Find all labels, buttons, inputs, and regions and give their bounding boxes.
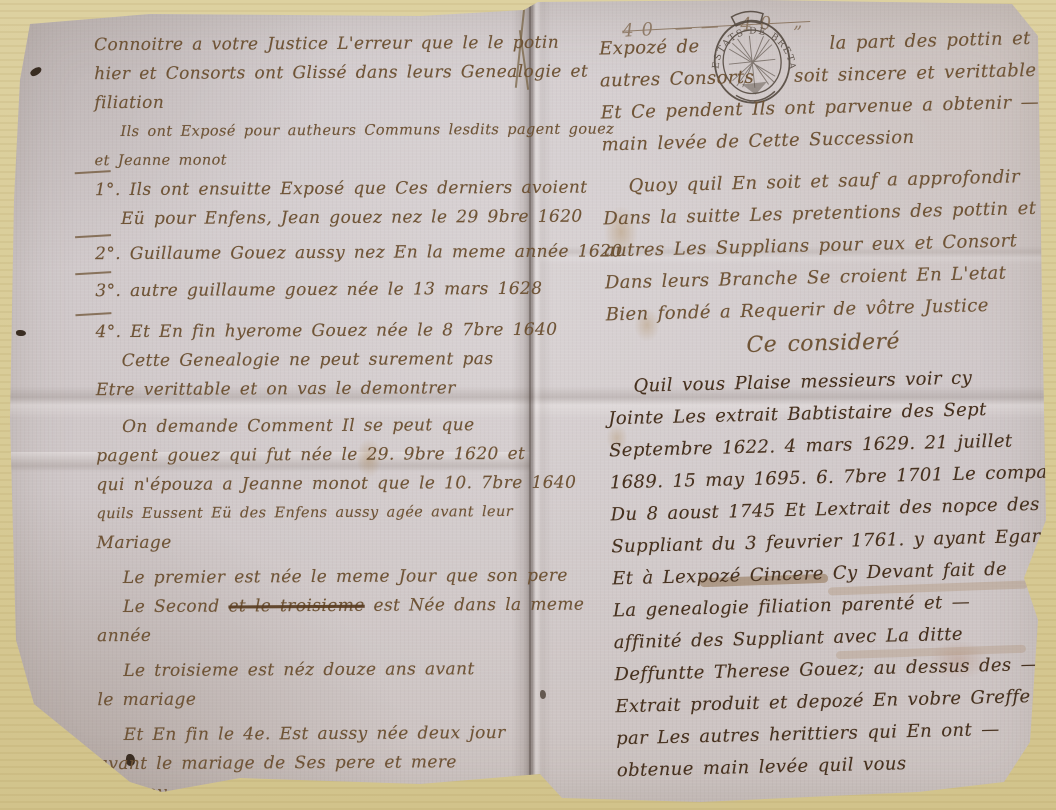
manuscript-line: année <box>97 620 537 651</box>
manuscript-line: Il ny a point pas d'aparence que Cette <box>124 777 538 808</box>
manuscript-line: 3°. autre guillaume gouez née le 13 mars… <box>95 275 535 306</box>
text-run: Expozé de <box>599 36 700 59</box>
manuscript-line: Et En fin le 4e. Est aussy née deux jour <box>124 719 538 750</box>
manuscript-line: Le premier est née le meme Jour que son … <box>123 562 537 593</box>
manuscript-line: On demande Comment Il se peut que <box>122 411 536 442</box>
text-run: la part des pottin et ses <box>829 27 1056 54</box>
stamp-gap <box>754 82 794 83</box>
left-page-text: Connoitre a votre Justice L'erreur que l… <box>94 29 538 808</box>
text-run: soit sincere et verittable <box>794 60 1037 87</box>
right-page-text: Expozé dela part des pottin et sesautres… <box>599 23 1056 788</box>
text-run: Le Second <box>123 596 229 617</box>
manuscript-line: Le Second et le troisieme est Née dans l… <box>123 591 537 622</box>
manuscript-line: filiation <box>94 87 534 118</box>
manuscript-line: et Jeanne monot <box>95 145 535 176</box>
stamp-gap <box>700 49 830 52</box>
manuscript-sheet: 40 —— 40 „ ESTATS DE BRETAGNE Connoitre … <box>0 0 1056 810</box>
manuscript-line: Etre verittable et on vas le demontrer <box>96 374 536 405</box>
manuscript-line: Le troisieme est néz douze ans avant <box>123 655 537 686</box>
manuscript-line: 2°. Guillaume Gouez aussy nez En la meme… <box>95 238 535 269</box>
ink-speck <box>540 690 546 699</box>
ink-speck <box>29 65 43 78</box>
manuscript-line: Cette Genealogie ne peut surement pas <box>122 345 536 376</box>
manuscript-line: Connoitre a votre Justice L'erreur que l… <box>94 29 534 60</box>
manuscript-line: Eü pour Enfens, Jean gouez nez le 29 9br… <box>121 203 535 234</box>
manuscript-line: hier et Consorts ont Glissé dans leurs G… <box>94 58 534 89</box>
text-run: autres Consorts <box>600 67 755 92</box>
ink-speck <box>16 330 26 336</box>
manuscript-line: le mariage <box>97 684 537 715</box>
struck-text: et le troisieme <box>228 596 364 617</box>
manuscript-line: Mariage <box>97 527 537 558</box>
manuscript-line: 1°. Ils ont ensuitte Exposé que Ces dern… <box>95 174 535 205</box>
manuscript-line: avant le mariage de Ses pere et mere <box>98 748 538 779</box>
manuscript-line: Ce consideré <box>746 323 1047 362</box>
text-run: est Née dans la meme <box>365 595 585 616</box>
photograph-of-manuscript: 40 —— 40 „ ESTATS DE BRETAGNE Connoitre … <box>0 0 1056 810</box>
manuscript-line: Ils ont Exposé pour autheurs Communs les… <box>120 116 534 147</box>
manuscript-line: 4°. Et En fin hyerome Gouez née le 8 7br… <box>95 316 535 347</box>
manuscript-line: pagent gouez qui fut née le 29. 9bre 162… <box>96 440 536 471</box>
manuscript-line: quils Eussent Eü des Enfens aussy agée a… <box>96 498 536 529</box>
manuscript-line: qui n'épouza a Jeanne monot que le 10. 7… <box>96 469 536 500</box>
